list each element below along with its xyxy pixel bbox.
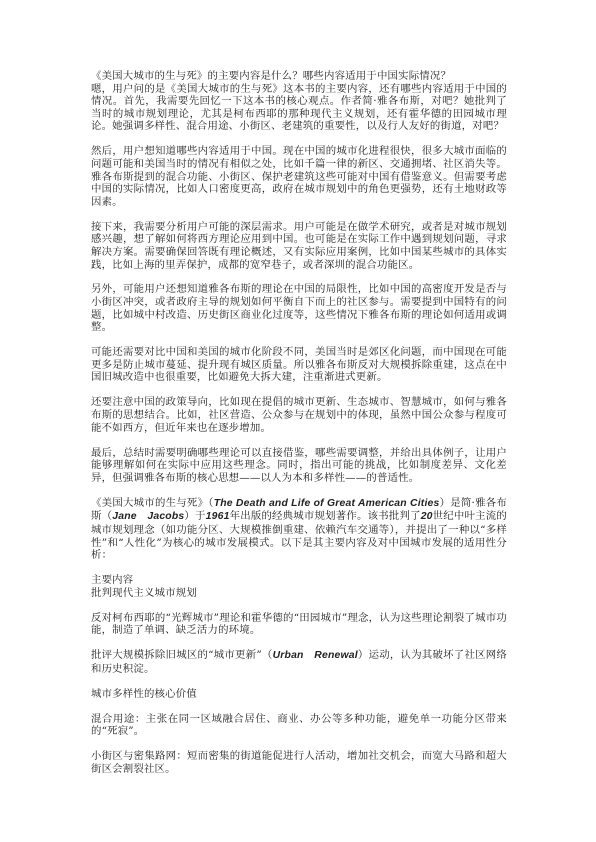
century-number: 20 (421, 511, 433, 522)
section-heading: 主要内容 (91, 574, 507, 587)
english-term: Urban Renewal (273, 650, 358, 661)
question-line: 《美国大城市的生与死》的主要内容是什么？哪些内容适用于中国实际情况？ (91, 70, 507, 83)
thinking-paragraph-6: 还要注意中国的政策导向，比如现在提倡的城市更新、生态城市、智慧城市，如何与雅各布… (91, 396, 507, 434)
subsection-heading-1: 批判现代主义城市规划 (91, 587, 507, 600)
subsection2-paragraph-2: 小街区与密集路网：短而密集的街道能促进行人活动，增加社交机会，而宽大马路和超大街… (91, 750, 507, 775)
english-author-name: Jane Jacobs (112, 511, 184, 522)
thinking-paragraph-5: 可能还需要对比中国和美国的城市化阶段不同，美国当时是郊区化问题，而中国现在可能更… (91, 346, 507, 384)
intro-text: 年出版的经典城市规划著作。该书批判了 (230, 510, 421, 522)
intro-paragraph: 《美国大城市的生与死》（The Death and Life of Great … (91, 497, 507, 562)
intro-text: 《美国大城市的生与死》（ (91, 497, 214, 509)
thinking-paragraph-3: 接下来，我需要分析用户可能的深层需求。用户可能是在做学术研究，或者是对城市规划感… (91, 221, 507, 271)
thinking-paragraph-2: 然后，用户想知道哪些内容适用于中国。现在中国的城市化进程很快，很多大城市面临的问… (91, 145, 507, 208)
thinking-paragraph-4: 另外，可能用户还想知道雅各布斯的理论在中国的局限性，比如中国的高密度开发是否与小… (91, 283, 507, 333)
english-book-title: The Death and Life of Great American Cit… (214, 498, 440, 509)
subsection2-paragraph-1: 混合用途：主张在同一区域融合居住、商业、办公等多种功能，避免单一功能分区带来的“… (91, 713, 507, 738)
paragraph-text: 批评大规模拆除旧城区的“城市更新”（ (91, 649, 273, 661)
subsection1-paragraph-1: 反对柯布西耶的“光辉城市”理论和霍华德的“田园城市”理念，认为这些理论割裂了城市… (91, 612, 507, 637)
document-page: 《美国大城市的生与死》的主要内容是什么？哪些内容适用于中国实际情况？ 嗯，用户问… (91, 70, 507, 788)
subsection-heading-2: 城市多样性的核心价值 (91, 688, 507, 701)
subsection1-paragraph-2: 批评大规模拆除旧城区的“城市更新”（Urban Renewal）运动，认为其破坏… (91, 649, 507, 675)
thinking-paragraph-1: 嗯，用户问的是《美国大城市的生与死》这本书的主要内容，还有哪些内容适用于中国的情… (91, 83, 507, 133)
intro-text: ）于 (184, 510, 205, 522)
publication-year: 1961 (206, 511, 230, 522)
thinking-paragraph-7: 最后，总结时需要明确哪些理论可以直接借鉴，哪些需要调整，并给出具体例子，让用户能… (91, 447, 507, 485)
